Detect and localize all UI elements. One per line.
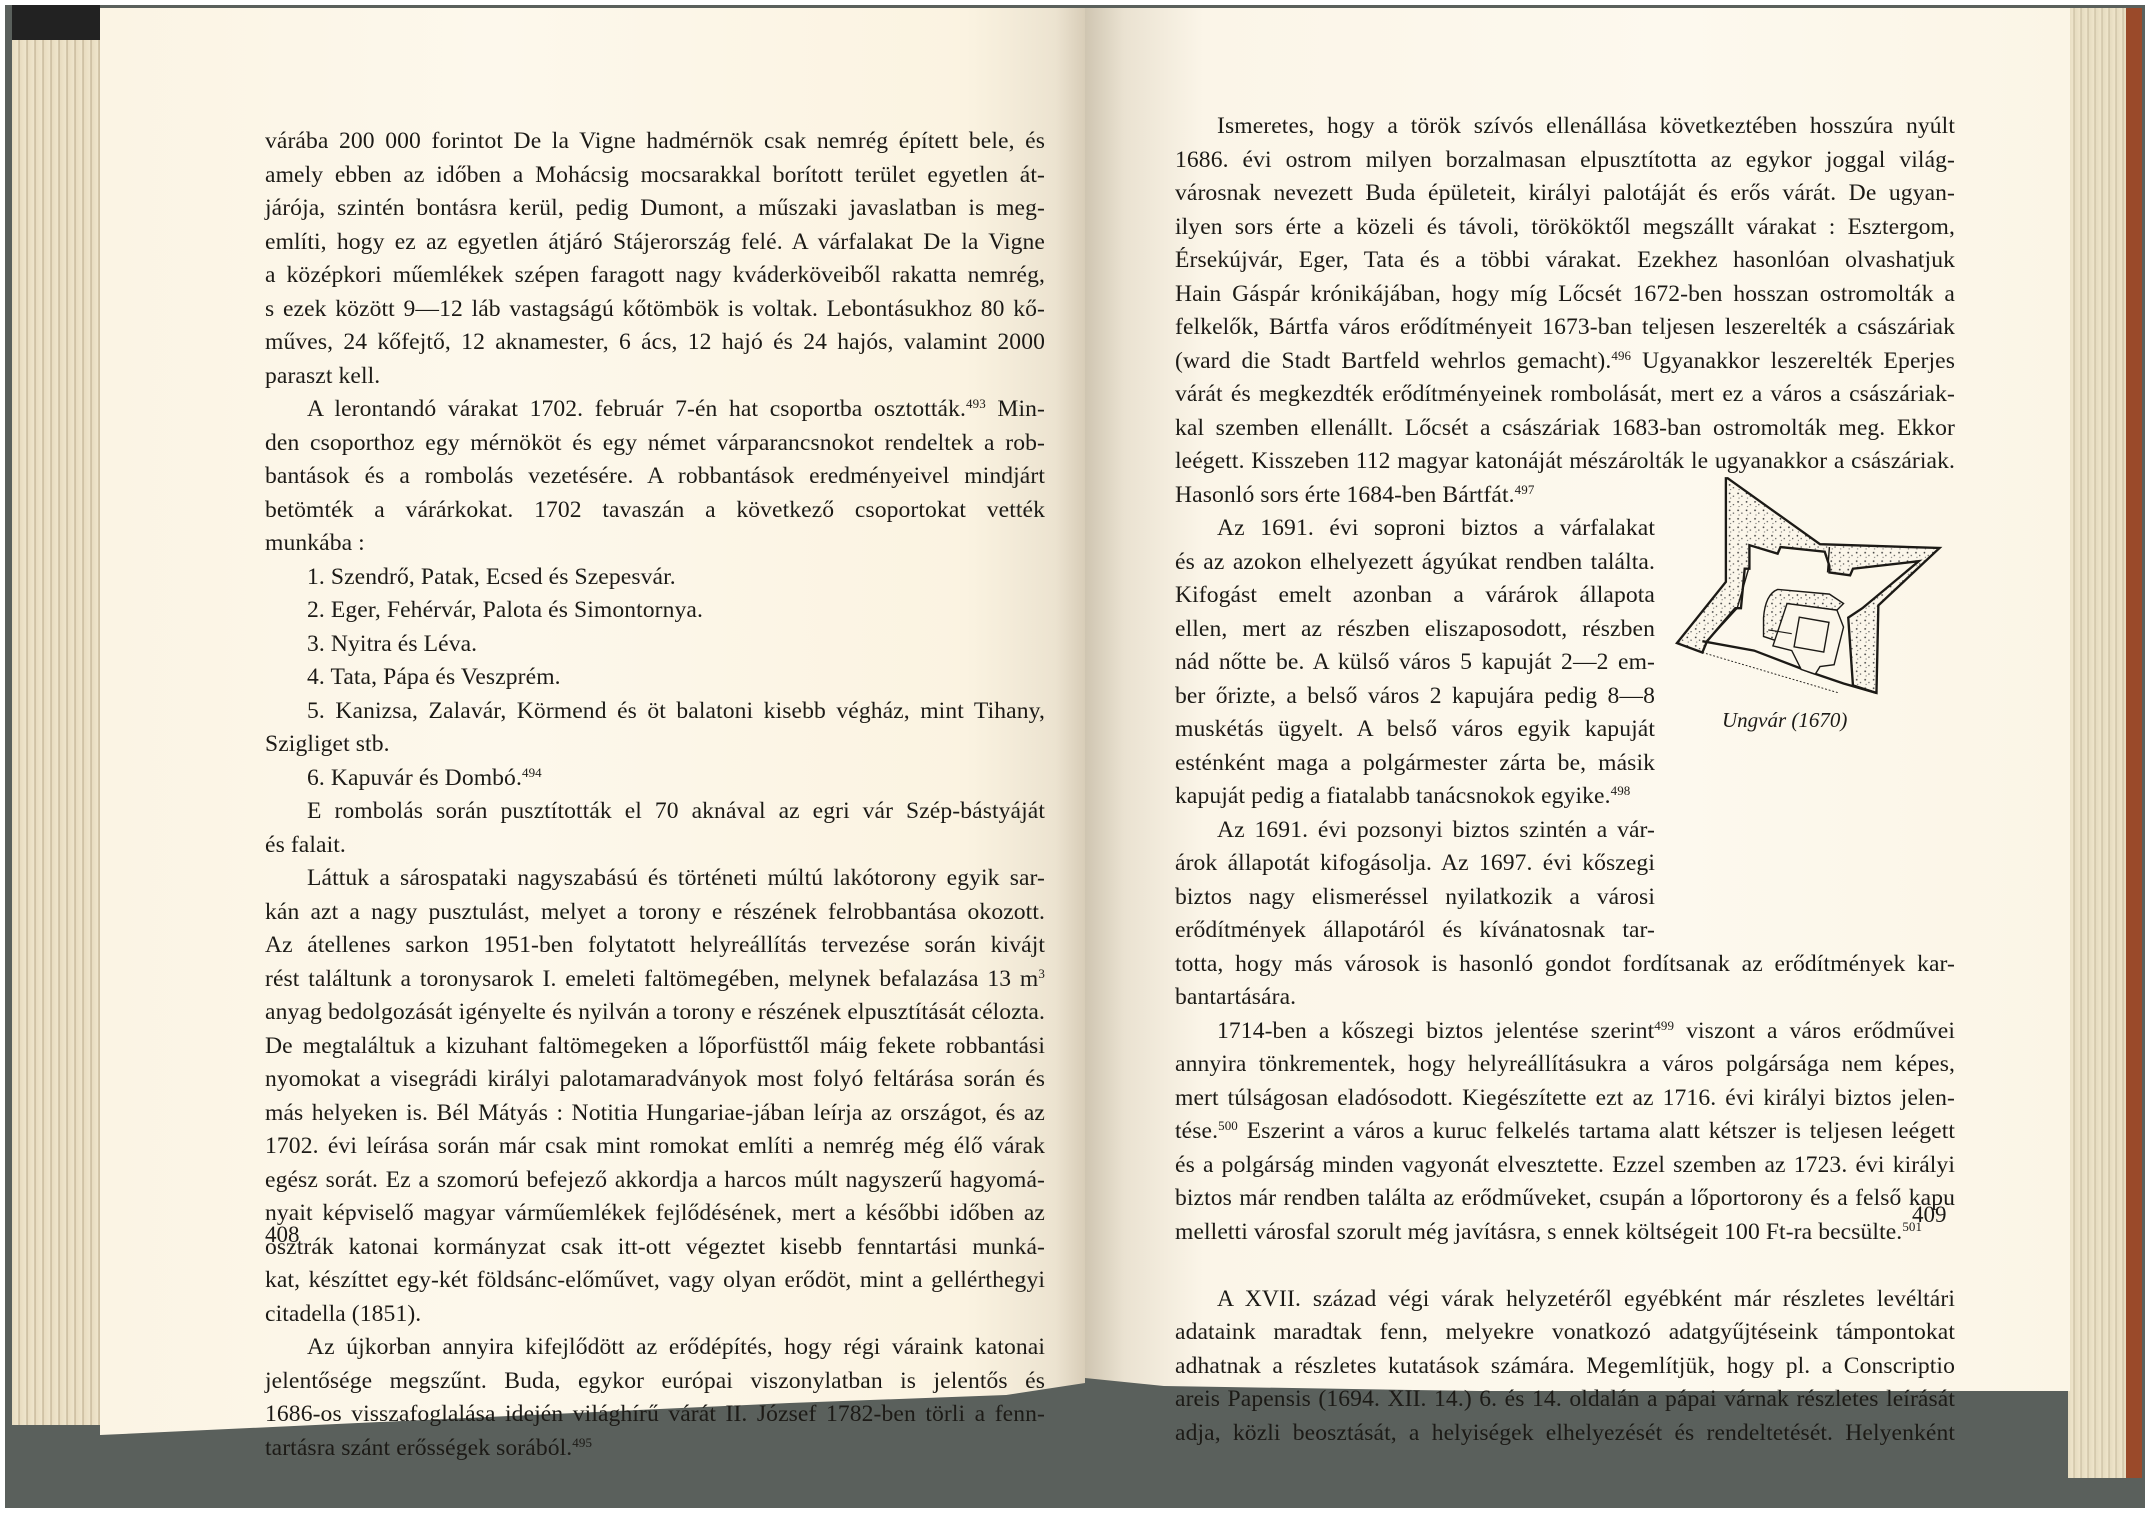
text-line: Kifogást emelt azonban a várárok állapot… bbox=[1175, 579, 1655, 613]
text-line: paraszt kell. bbox=[265, 360, 1045, 394]
list-item: 6. Kapuvár és Dombó.494 bbox=[265, 762, 1045, 796]
text-line: adataink maradtak fenn, melyekre vonatko… bbox=[1175, 1316, 1955, 1350]
footnote-ref: 495 bbox=[572, 1435, 592, 1450]
text-line: 1686. évi ostrom milyen borzalmasan elpu… bbox=[1175, 144, 1955, 178]
list-item: 4. Tata, Pápa és Veszprém. bbox=[265, 661, 1045, 695]
text-line: A lerontandó várakat 1702. február 7-én … bbox=[265, 393, 1045, 427]
text-line: annyira tönkrementek, hogy helyreállítás… bbox=[1175, 1048, 1955, 1082]
text-line: A XVII. század végi várak helyzetéről eg… bbox=[1175, 1283, 1955, 1317]
text-line: areis Papensis (1694. XII. 14.) 6. és 14… bbox=[1175, 1383, 1955, 1417]
text-line: esténként maga a polgármester zárta be, … bbox=[1175, 747, 1655, 781]
text-line: említi, hogy ez az egyetlen átjáró Stáje… bbox=[265, 226, 1045, 260]
footnote-ref: 493 bbox=[966, 396, 986, 411]
page-number-right: 409 bbox=[1912, 1202, 1947, 1228]
text-line: árok állapotát kifogásolja. Az 1697. évi… bbox=[1175, 847, 1655, 881]
text-line: más helyeken is. Bél Mátyás : Notitia Hu… bbox=[265, 1097, 1045, 1131]
text-line: biztos nagy elismeréssel nyilatkozik a v… bbox=[1175, 881, 1655, 915]
text-line: a középkori műemlékek szépen faragott na… bbox=[265, 259, 1045, 293]
list-item: 1. Szendrő, Patak, Ecsed és Szepesvár. bbox=[265, 561, 1045, 595]
text-line: Az átellenes sarkon 1951-ben folytatott … bbox=[265, 929, 1045, 963]
text-line: citadella (1851). bbox=[265, 1298, 1045, 1332]
text-line: adja, közli beosztását, a helyiségek elh… bbox=[1175, 1417, 1955, 1451]
footnote-ref: 497 bbox=[1515, 482, 1535, 497]
text-line: nyomokat a visegrádi királyi palotamarad… bbox=[265, 1063, 1045, 1097]
left-stack-shadow bbox=[12, 5, 100, 40]
text-line: rést találtunk a toronysarok I. emeleti … bbox=[265, 963, 1045, 997]
text-line: Szigliget stb. bbox=[265, 728, 1045, 762]
text-line: jelentősége megszűnt. Buda, egykor európ… bbox=[265, 1365, 1045, 1399]
text-line: anyag bedolgozását igényelte és nyilván … bbox=[265, 996, 1045, 1030]
text-line: nyait képviselő magyar várműemlékek fejl… bbox=[265, 1197, 1045, 1231]
text-line: Érsekújvár, Eger, Tata és a többi váraka… bbox=[1175, 244, 1955, 278]
text-line: tése.500 Eszerint a város a kuruc felkel… bbox=[1175, 1115, 1955, 1149]
text-line: bantások és a rombolás vezetésére. A rob… bbox=[265, 460, 1045, 494]
text-line: felkelők, Bártfa város erődítményeit 167… bbox=[1175, 311, 1955, 345]
text-line: kat, készíttet egy-két földsánc-előművet… bbox=[265, 1264, 1045, 1298]
left-page-body: várába 200 000 forintot De la Vigne hadm… bbox=[265, 125, 1045, 1465]
text-line: De megtaláltuk a kizuhant faltömegeken a… bbox=[265, 1030, 1045, 1064]
section-gap bbox=[1175, 1249, 1955, 1283]
fortress-plan-illustration bbox=[1660, 455, 1980, 705]
text-line: Az újkorban annyira kifejlődött az erődé… bbox=[265, 1331, 1045, 1365]
text-line: 1686-os visszafoglalása idején világhírű… bbox=[265, 1398, 1045, 1432]
footnote-ref: 499 bbox=[1654, 1018, 1674, 1033]
text-line: (ward die Stadt Bartfeld wehrlos gemacht… bbox=[1175, 345, 1955, 379]
figure-caption: Ungvár (1670) bbox=[1722, 708, 1847, 733]
right-page-stack bbox=[2068, 8, 2126, 1478]
footnote-ref: 496 bbox=[1611, 348, 1631, 363]
text-line: Ismeretes, hogy a török szívós ellenállá… bbox=[1175, 110, 1955, 144]
text-line: Az 1691. évi soproni biztos a várfalakat bbox=[1175, 512, 1655, 546]
text-line: Láttuk a sárospataki nagyszabású és tört… bbox=[265, 862, 1045, 896]
right-page-body: Ismeretes, hogy a török szívós ellenállá… bbox=[1175, 110, 1955, 1450]
text-line: egész sorát. Ez a szomorú befejező akkor… bbox=[265, 1164, 1045, 1198]
text-line: biztos már rendben találta az erődműveke… bbox=[1175, 1182, 1955, 1216]
text-line: ilyen sors érte a közeli és távoli, törö… bbox=[1175, 211, 1955, 245]
text-line: s ezek között 9—12 láb vastagságú kőtömb… bbox=[265, 293, 1045, 327]
footnote-ref: 494 bbox=[522, 765, 542, 780]
text-line: járója, szintén bontásra kerül, pedig Du… bbox=[265, 192, 1045, 226]
text-line: bantartására. bbox=[1175, 981, 1955, 1015]
text-line: 1714-ben a kőszegi biztos jelentése szer… bbox=[1175, 1015, 1955, 1049]
text-line: ellen, mert az részben eliszaposodott, r… bbox=[1175, 613, 1655, 647]
footnote-ref: 3 bbox=[1038, 966, 1045, 981]
text-line: nád nőtte be. A külső város 5 kapuját 2—… bbox=[1175, 646, 1655, 680]
page-number-left: 408 bbox=[265, 1222, 300, 1248]
text-line: várát és megkezdték erődítményeinek romb… bbox=[1175, 378, 1955, 412]
text-line: városnak nevezett Buda épületeit, király… bbox=[1175, 177, 1955, 211]
text-line: műves, 24 kőfejtő, 12 aknamester, 6 ács,… bbox=[265, 326, 1045, 360]
text-line: Az 1691. évi pozsonyi biztos szintén a v… bbox=[1175, 814, 1655, 848]
text-line: erődítmények állapotáról és kívánatosnak… bbox=[1175, 914, 1655, 948]
text-line: muskétás ügyelt. A belső város egyik kap… bbox=[1175, 713, 1655, 747]
fortress-plan-icon bbox=[1660, 455, 1980, 705]
footnote-ref: 500 bbox=[1218, 1118, 1238, 1133]
text-line: és a polgárság minden vagyonát elvesztet… bbox=[1175, 1149, 1955, 1183]
text-line: és az azokon elhelyezett ágyúkat rendben… bbox=[1175, 546, 1655, 580]
book-cover-edge bbox=[2126, 8, 2142, 1478]
text-line: den csoporthoz egy mérnököt és egy német… bbox=[265, 427, 1045, 461]
text-line: kán azt a nagy pusztulást, melyet a toro… bbox=[265, 896, 1045, 930]
footnote-ref: 498 bbox=[1611, 783, 1631, 798]
text-line: várába 200 000 forintot De la Vigne hadm… bbox=[265, 125, 1045, 159]
text-line: 1702. évi leírása során már csak mint ro… bbox=[265, 1130, 1045, 1164]
text-line: E rombolás során pusztították el 70 akná… bbox=[265, 795, 1045, 829]
list-item: 2. Eger, Fehérvár, Palota és Simontornya… bbox=[265, 594, 1045, 628]
text-line: totta, hogy más városok is hasonló gondo… bbox=[1175, 948, 1955, 982]
text-line: Hain Gáspár krónikájában, hogy míg Lőcsé… bbox=[1175, 278, 1955, 312]
text-line: ber őrizte, a belső város 2 kapujára ped… bbox=[1175, 680, 1655, 714]
text-line: amely ebben az időben a Mohácsig mocsara… bbox=[265, 159, 1045, 193]
text-wrap-beside-figure: Az 1691. évi soproni biztos a várfalakat… bbox=[1175, 512, 1655, 948]
left-page-stack bbox=[12, 10, 104, 1425]
text-line: betömték a várárkokat. 1702 tavaszán a k… bbox=[265, 494, 1045, 528]
text-line: tartásra szánt erősségek sorából.495 bbox=[265, 1432, 1045, 1466]
text-line: melletti városfal szorult még javításra,… bbox=[1175, 1216, 1955, 1250]
list-item: 5. Kanizsa, Zalavár, Körmend és öt balat… bbox=[265, 695, 1045, 729]
text-line: osztrák katonai kormányzat csak itt-ott … bbox=[265, 1231, 1045, 1265]
text-line: mert túlságosan eladósodott. Kiegészítet… bbox=[1175, 1082, 1955, 1116]
text-line: kapuját pedig a fiatalabb tanácsnokok eg… bbox=[1175, 780, 1655, 814]
list-item: 3. Nyitra és Léva. bbox=[265, 628, 1045, 662]
text-line: adhatnak a részletes kutatások számára. … bbox=[1175, 1350, 1955, 1384]
text-line: és falait. bbox=[265, 829, 1045, 863]
text-line: munkába : bbox=[265, 527, 1045, 561]
text-line: kal szemben ellenállt. Lőcsét a császári… bbox=[1175, 412, 1955, 446]
